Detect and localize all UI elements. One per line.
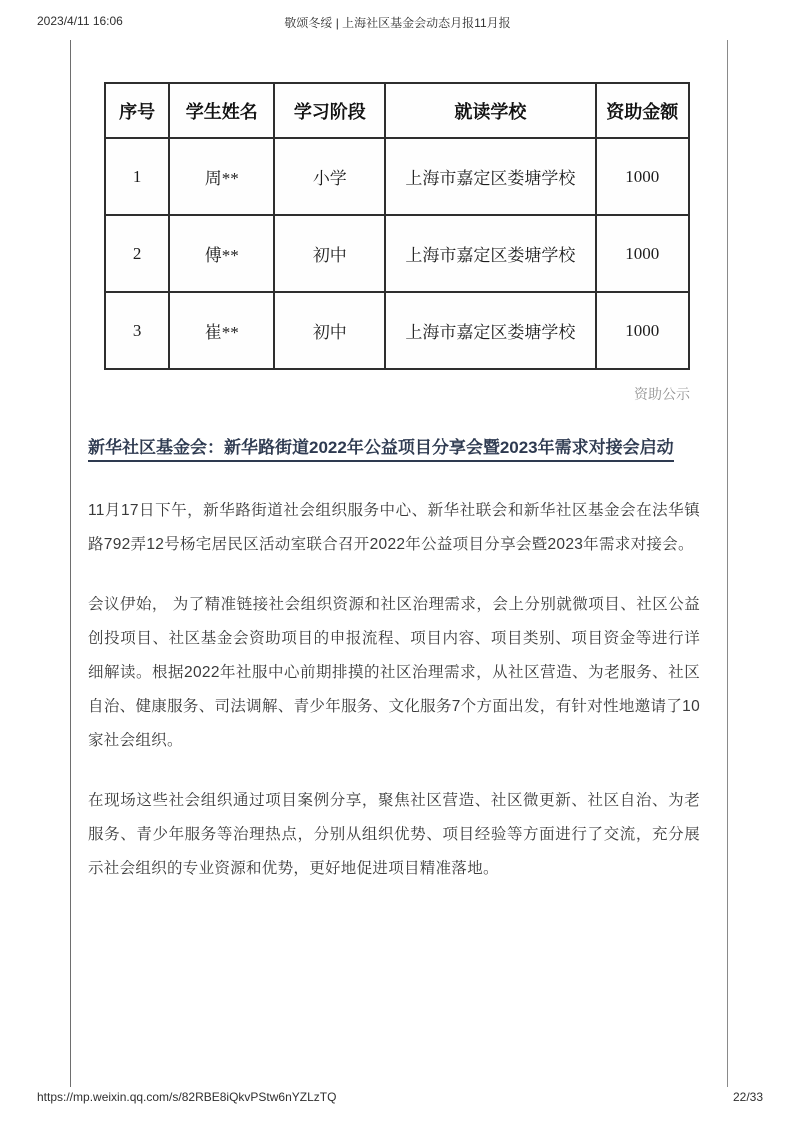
table-caption: 资助公示 (88, 384, 700, 404)
table-header-cell: 序号 (105, 83, 169, 138)
table-cell: 1 (105, 138, 169, 215)
right-margin-rule (727, 40, 728, 1087)
print-footer: https://mp.weixin.qq.com/s/82RBE8iQkvPSt… (37, 1090, 763, 1104)
article-paragraph: 会议伊始， 为了精准链接社会组织资源和社区治理需求，会上分别就微项目、社区公益创… (88, 588, 700, 758)
left-margin-rule (70, 40, 71, 1087)
table-row: 1周**小学上海市嘉定区娄塘学校1000 (105, 138, 689, 215)
table-cell: 周** (169, 138, 274, 215)
table-cell: 1000 (596, 215, 689, 292)
table-header-cell: 学习阶段 (274, 83, 385, 138)
table-cell: 崔** (169, 292, 274, 369)
table-cell: 上海市嘉定区娄塘学校 (385, 138, 595, 215)
table-cell: 上海市嘉定区娄塘学校 (385, 292, 595, 369)
table-cell: 1000 (596, 138, 689, 215)
table-cell: 傅** (169, 215, 274, 292)
content-area: 序号学生姓名学习阶段就读学校资助金额 1周**小学上海市嘉定区娄塘学校10002… (88, 82, 700, 886)
article-heading-text: 新华社区基金会：新华路街道2022年公益项目分享会暨2023年需求对接会启动 (88, 438, 674, 462)
table-row: 2傅**初中上海市嘉定区娄塘学校1000 (105, 215, 689, 292)
table-cell: 小学 (274, 138, 385, 215)
table-header-cell: 学生姓名 (169, 83, 274, 138)
table-header-cell: 就读学校 (385, 83, 595, 138)
printed-page: 2023/4/11 16:06 敬颂冬绥 | 上海社区基金会动态月报11月报 序… (0, 0, 795, 1123)
table-header-cell: 资助金额 (596, 83, 689, 138)
print-header: 2023/4/11 16:06 敬颂冬绥 | 上海社区基金会动态月报11月报 (0, 14, 795, 30)
table-cell: 3 (105, 292, 169, 369)
article-paragraph: 11月17日下午，新华路街道社会组织服务中心、新华社联会和新华社区基金会在法华镇… (88, 494, 700, 562)
article-paragraph: 在现场这些社会组织通过项目案例分享，聚焦社区营造、社区微更新、社区自治、为老服务… (88, 784, 700, 886)
table-cell: 1000 (596, 292, 689, 369)
table-cell: 初中 (274, 292, 385, 369)
article-heading: 新华社区基金会：新华路街道2022年公益项目分享会暨2023年需求对接会启动 (88, 436, 700, 460)
table-row: 3崔**初中上海市嘉定区娄塘学校1000 (105, 292, 689, 369)
print-date: 2023/4/11 16:06 (37, 14, 123, 28)
table-header-row: 序号学生姓名学习阶段就读学校资助金额 (105, 83, 689, 138)
page-number: 22/33 (733, 1090, 763, 1104)
table-cell: 初中 (274, 215, 385, 292)
footer-url: https://mp.weixin.qq.com/s/82RBE8iQkvPSt… (37, 1090, 336, 1104)
table-cell: 2 (105, 215, 169, 292)
sponsorship-table: 序号学生姓名学习阶段就读学校资助金额 1周**小学上海市嘉定区娄塘学校10002… (104, 82, 690, 370)
table-cell: 上海市嘉定区娄塘学校 (385, 215, 595, 292)
